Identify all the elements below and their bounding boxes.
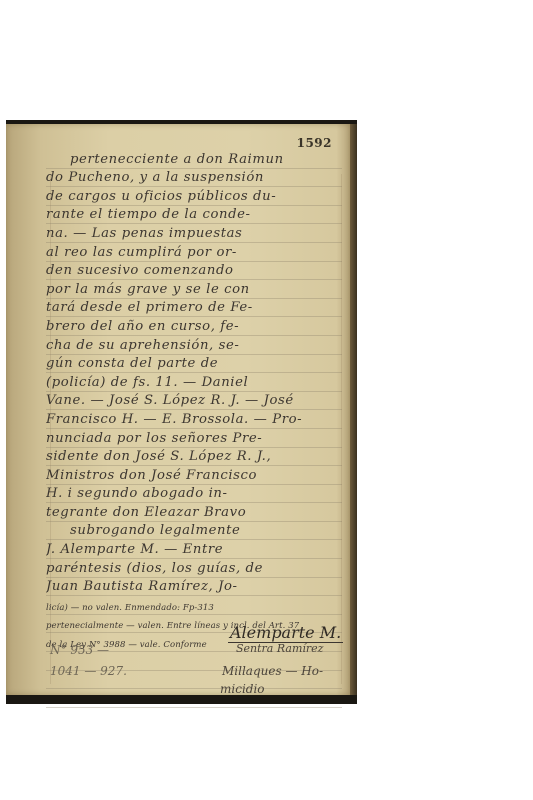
signature-note: micidio bbox=[220, 682, 265, 696]
text-line: cha de su aprehensión, se- bbox=[46, 338, 342, 353]
text-line: al reo las cumplirá por or- bbox=[46, 245, 342, 260]
text-line: Juan Bautista Ramírez, Jo- bbox=[46, 579, 342, 594]
text-line: H. i segundo abogado in- bbox=[46, 486, 342, 501]
signature-note: Millaques — Ho- bbox=[222, 664, 323, 678]
text-line: Vane. — José S. López R. J. — José bbox=[46, 393, 342, 408]
document-scan: 1592 pertenecciente a don Raimun do Puch… bbox=[6, 120, 357, 704]
page-number: 1592 bbox=[297, 136, 332, 150]
signature-note: Sentra Ramírez bbox=[236, 642, 323, 655]
text-line: rante el tiempo de la conde- bbox=[46, 207, 342, 222]
margin-number: N° 953 — bbox=[50, 643, 109, 657]
text-line: den sucesivo comenzando bbox=[46, 263, 342, 278]
ledger-page: 1592 pertenecciente a don Raimun do Puch… bbox=[6, 124, 350, 695]
text-line: paréntesis (dios, los guías, de bbox=[46, 561, 342, 576]
text-line: por la más grave y se le con bbox=[46, 282, 342, 297]
text-line: subrogando legalmente bbox=[70, 523, 342, 538]
text-line: brero del año en curso, fe- bbox=[46, 319, 342, 334]
text-line: J. Alemparte M. — Entre bbox=[46, 542, 342, 557]
text-line: Francisco H. — E. Brossola. — Pro- bbox=[46, 412, 342, 427]
text-line: na. — Las penas impuestas bbox=[46, 226, 342, 241]
text-line: Ministros don José Francisco bbox=[46, 468, 342, 483]
margin-number: 1041 — 927. bbox=[50, 664, 127, 678]
text-line: nunciada por los señores Pre- bbox=[46, 431, 342, 446]
text-line: tará desde el primero de Fe- bbox=[46, 300, 342, 315]
book-edge bbox=[350, 124, 357, 695]
text-line: (policía) de fs. 11. — Daniel bbox=[46, 375, 342, 390]
text-line: de cargos u oficios públicos du- bbox=[46, 189, 342, 204]
signature: Alemparte M. bbox=[228, 623, 343, 643]
text-line: sidente don José S. López R. J., bbox=[46, 449, 342, 464]
text-line: gún consta del parte de bbox=[46, 356, 342, 371]
text-line: do Pucheno, y a la suspensión bbox=[46, 170, 342, 185]
text-line: tegrante don Eleazar Bravo bbox=[46, 505, 342, 520]
text-line: licía) — no valen. Enmendado: Fp-313 bbox=[46, 603, 342, 613]
text-line: pertenecciente a don Raimun bbox=[70, 152, 342, 167]
